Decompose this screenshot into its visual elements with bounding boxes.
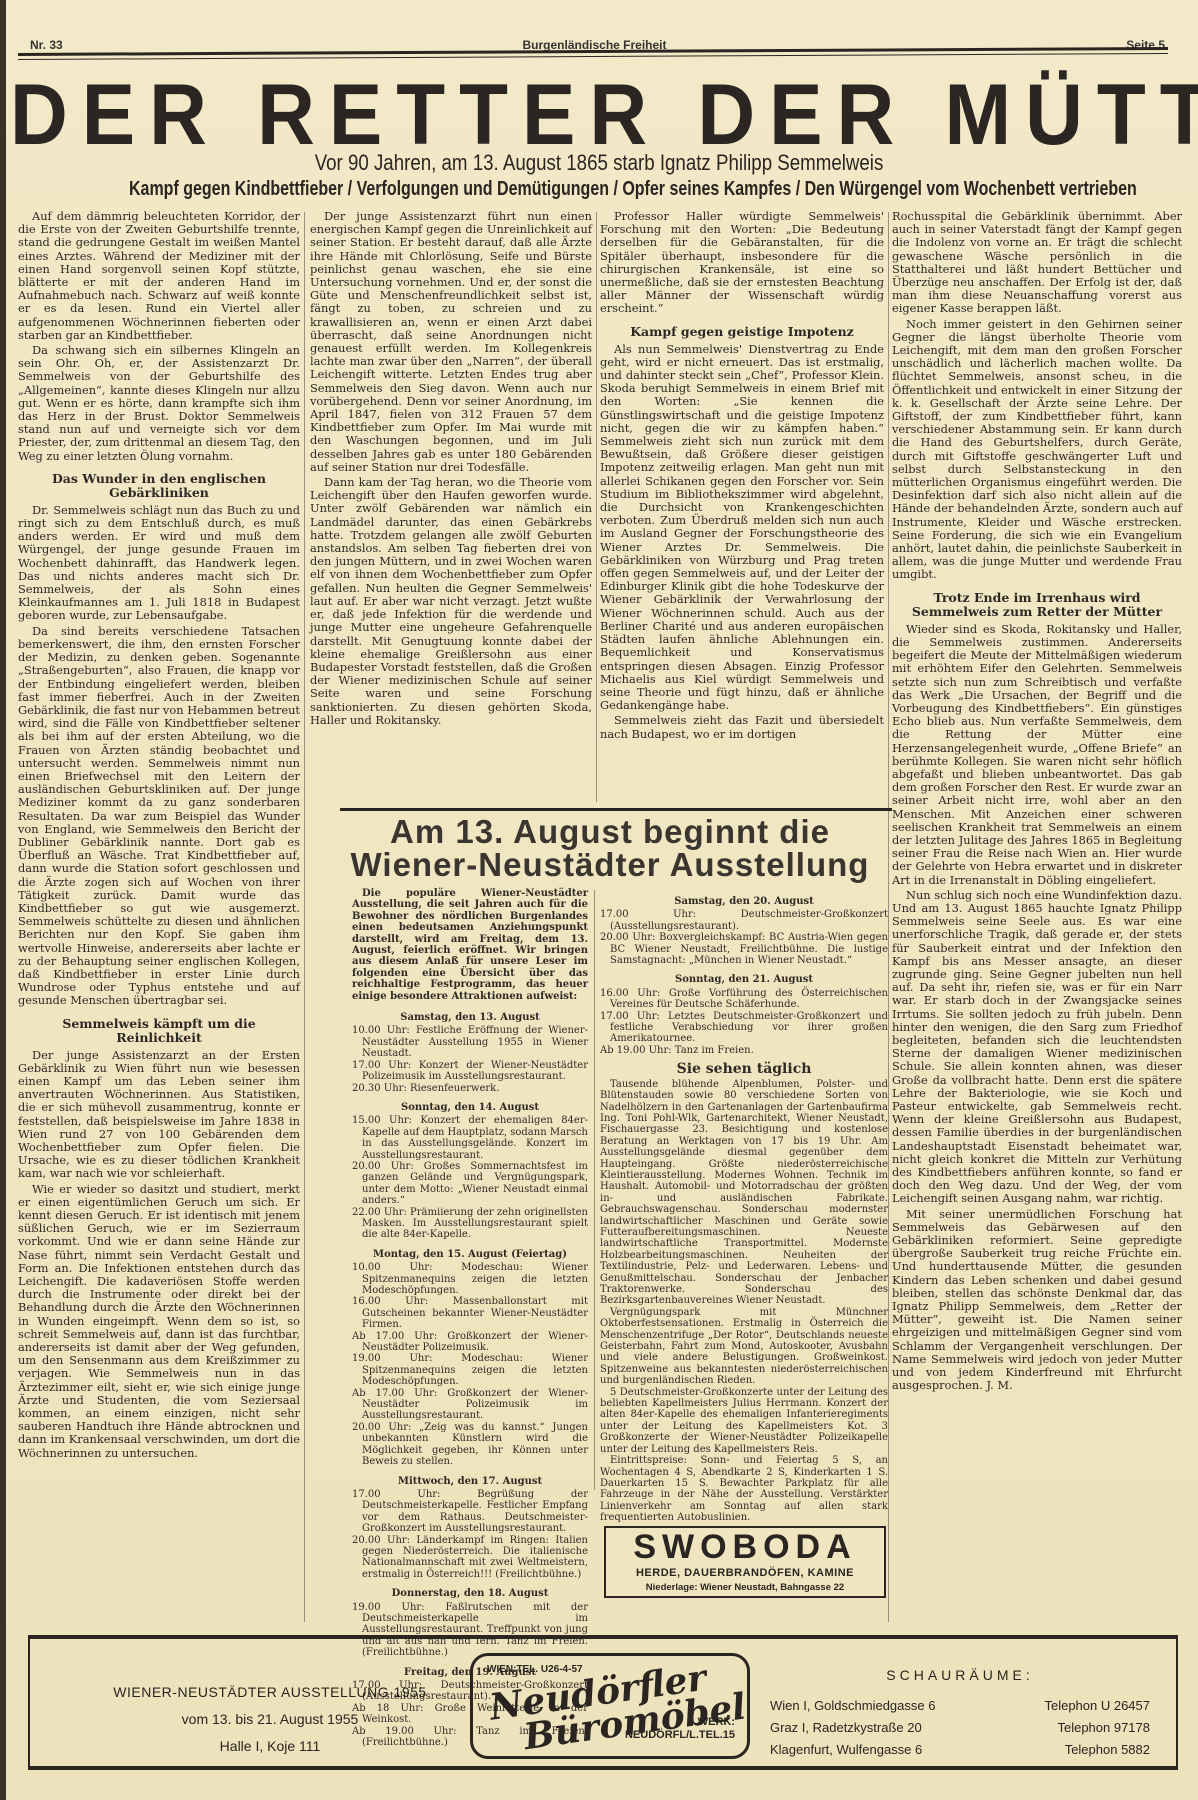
program-column-left: Die populäre Wiener-Neustädter Ausstellu… (352, 888, 588, 1748)
logo-factory: WERK: NEUDÖRFL/L.TEL.15 (625, 1716, 735, 1742)
article-paragraph: Der junge Assistenzarzt an der Ersten Ge… (18, 1049, 300, 1181)
showroom-phone: Telephon 97178 (1057, 1717, 1150, 1739)
program-day-heading: Samstag, den 13. August (352, 1012, 588, 1023)
program-event: 20.00 Uhr: Länderkampf im Ringen: Italie… (352, 1535, 588, 1581)
swoboda-address: Niederlage: Wiener Neustadt, Bahngasse 2… (606, 1582, 884, 1593)
article-paragraph: Da sind bereits verschiedene Tatsachen b… (18, 625, 300, 1008)
article-paragraph: Als nun Semmelweis' Dienstvertrag zu End… (600, 343, 884, 713)
article-paragraph: Auf dem dämmrig beleuchteten Korridor, d… (18, 210, 300, 342)
showroom-place: Wien I, Goldschmiedgasse 6 (770, 1695, 935, 1717)
showroom-row: Klagenfurt, Wulfengasse 6 Telephon 5882 (770, 1739, 1150, 1761)
program-day-heading: Donnerstag, den 18. August (352, 1588, 588, 1599)
ausstellung-headline-line2: Wiener-Neustädter Ausstellung (330, 848, 890, 881)
article-subheading: Semmelweis kämpft um die Reinlichkeit (18, 1017, 300, 1045)
program-event: 17.00 Uhr: Konzert der Wiener-Neustädter… (352, 1060, 588, 1083)
program-event: 20.30 Uhr: Riesenfeuerwerk. (352, 1083, 588, 1094)
program-event: Ab 17.00 Uhr: Großkonzert der Wiener-Neu… (352, 1388, 588, 1422)
article-subheading: Trotz Ende im Irrenhaus wird Semmelweis … (892, 591, 1182, 619)
article-column-1: Auf dem dämmrig beleuchteten Korridor, d… (18, 210, 300, 1462)
column-rule (594, 890, 595, 1490)
program-day-heading: Montag, den 15. August (Feiertag) (352, 1249, 588, 1260)
buromoebel-advertisement: WIENER-NEUSTÄDTER AUSSTELLUNG 1955 vom 1… (28, 1635, 1178, 1770)
article-paragraph: Noch immer geistert in den Gehirnen sein… (892, 318, 1182, 582)
program-day-heading: Sonntag, den 21. August (600, 974, 888, 985)
ad-exhibition-info: WIENER-NEUSTÄDTER AUSSTELLUNG 1955 vom 1… (70, 1679, 470, 1760)
program-event: 17.00 Uhr: Letztes Deutschmeister-Großko… (600, 1011, 888, 1045)
swoboda-advertisement: SWOBODA HERDE, DAUERBRANDÖFEN, KAMINE Ni… (604, 1526, 886, 1598)
article-column-2: Der junge Assistenzarzt führt nun einen … (310, 210, 592, 729)
section-rule (340, 808, 892, 811)
swoboda-name: SWOBODA (606, 1530, 884, 1564)
kicker-line: Kampf gegen Kindbettfieber / Verfolgunge… (129, 178, 1065, 201)
article-paragraph: Professor Haller würdigte Semmelweis' Fo… (600, 210, 884, 316)
program-event: 20.00 Uhr: Großes Sommernachtsfest im ga… (352, 1161, 588, 1207)
ad-showrooms: SCHAURÄUME: Wien I, Goldschmiedgasse 6 T… (770, 1667, 1150, 1761)
program-event: Ab 17.00 Uhr: Großkonzert der Wiener-Neu… (352, 1331, 588, 1354)
program-event: 15.00 Uhr: Konzert der ehemaligen 84er-K… (352, 1115, 588, 1161)
program-event: 17.00 Uhr: Begrüßung der Deutschmeisterk… (352, 1489, 588, 1535)
article-paragraph: Semmelweis zieht das Fazit und übersiede… (600, 714, 884, 740)
article-subheading: Kampf gegen geistige Impotenz (600, 325, 884, 339)
program-event: Ab 19.00 Uhr: Tanz im Freien. (600, 1045, 888, 1056)
program-intro: Die populäre Wiener-Neustädter Ausstellu… (352, 888, 588, 1002)
article-subheading: Das Wunder in den englischen Gebärklinik… (18, 472, 300, 500)
showroom-row: Wien I, Goldschmiedgasse 6 Telephon U 26… (770, 1695, 1150, 1717)
article-paragraph: Nun schlug sich noch eine Wundinfektion … (892, 889, 1182, 1206)
showroom-place: Klagenfurt, Wulfengasse 6 (770, 1739, 922, 1761)
ad-exhibition-title: WIENER-NEUSTÄDTER AUSSTELLUNG 1955 (70, 1679, 470, 1706)
program-event: 10.00 Uhr: Festliche Eröffnung der Wiene… (352, 1025, 588, 1059)
program-days-right: Samstag, den 20. August17.00 Uhr: Deutsc… (600, 896, 888, 1056)
daily-paragraph: Vergnügungspark mit Münchner Oktoberfest… (600, 1307, 888, 1387)
article-paragraph: Rochusspital die Gebärklinik übernimmt. … (892, 210, 1182, 316)
article-paragraph: Wieder sind es Skoda, Rokitansky und Hal… (892, 623, 1182, 887)
daily-paragraph: Tausende blühende Alpenblumen, Polster- … (600, 1079, 888, 1307)
column-rule (596, 212, 597, 802)
article-column-3: Professor Haller würdigte Semmelweis' Fo… (600, 210, 884, 743)
article-paragraph: Der junge Assistenzarzt führt nun einen … (310, 210, 592, 474)
logo-telephone: WIEN:TEL. U26-4-57 (487, 1664, 583, 1675)
showrooms-heading: SCHAURÄUME: (770, 1667, 1150, 1683)
ausstellung-headline: Am 13. August beginnt die Wiener-Neustäd… (330, 815, 890, 881)
column-rule (888, 212, 889, 1622)
issue-number: Nr. 33 (30, 38, 63, 52)
program-event: 22.00 Uhr: Prämiierung der zehn originel… (352, 1207, 588, 1241)
showroom-row: Graz I, Radetzkystraße 20 Telephon 97178 (770, 1717, 1150, 1739)
logo-factory-label: WERK: (625, 1716, 735, 1729)
daily-paragraph: Eintrittspreise: Sonn- und Feiertag 5 S,… (600, 1455, 888, 1523)
article-paragraph: Da schwang sich ein silbernes Klingeln a… (18, 344, 300, 463)
program-event: 20.00 Uhr: Boxvergleichskampf: BC Austri… (600, 932, 888, 966)
daily-attractions: Tausende blühende Alpenblumen, Polster- … (600, 1079, 888, 1524)
program-day-heading: Sonntag, den 14. August (352, 1102, 588, 1113)
article-paragraph: Wie er wieder so dasitzt und studiert, m… (18, 1183, 300, 1460)
program-event: 16.00 Uhr: Große Vorführung des Österrei… (600, 988, 888, 1011)
program-event: 16.00 Uhr: Massenballonstart mit Gutsche… (352, 1296, 588, 1330)
newspaper-page: Nr. 33 Burgenländische Freiheit Seite 5 … (0, 0, 1198, 1800)
article-column-4: Rochusspital die Gebärklinik übernimmt. … (892, 210, 1182, 1394)
subheadline: Vor 90 Jahren, am 13. August 1865 starb … (90, 150, 1108, 176)
logo-factory-tel: NEUDÖRFL/L.TEL.15 (625, 1729, 735, 1742)
program-event: 10.00 Uhr: Modeschau: Wiener Spitzenmane… (352, 1262, 588, 1296)
showroom-phone: Telephon U 26457 (1044, 1695, 1150, 1717)
program-day-heading: Mittwoch, den 17. August (352, 1476, 588, 1487)
showroom-phone: Telephon 5882 (1065, 1739, 1150, 1761)
program-day-heading: Samstag, den 20. August (600, 896, 888, 907)
daily-paragraph: 5 Deutschmeister-Großkonzerte unter der … (600, 1387, 888, 1455)
ausstellung-headline-line1: Am 13. August beginnt die (330, 815, 890, 848)
column-rule (304, 212, 305, 1622)
page-edge (0, 0, 6, 1800)
article-paragraph: Mit seiner unermüdlichen Forschung hat S… (892, 1208, 1182, 1393)
neudoerfler-logo: WIEN:TEL. U26-4-57 Neudörfler Büromöbel … (470, 1653, 750, 1759)
article-paragraph: Dann kam der Tag heran, wo die Theorie v… (310, 476, 592, 727)
showroom-place: Graz I, Radetzkystraße 20 (770, 1717, 922, 1739)
program-column-right: Samstag, den 20. August17.00 Uhr: Deutsc… (600, 888, 888, 1524)
article-paragraph: Dr. Semmelweis schlägt nun das Buch zu u… (18, 504, 300, 623)
daily-title: Sie sehen täglich (600, 1064, 888, 1075)
program-event: 17.00 Uhr: Deutschmeister-Großkonzert (A… (600, 909, 888, 932)
program-event: 20.00 Uhr: „Zeig was du kannst.“ Jungen … (352, 1422, 588, 1468)
swoboda-products: HERDE, DAUERBRANDÖFEN, KAMINE (606, 1567, 884, 1579)
ad-exhibition-booth: Halle I, Koje 111 (70, 1733, 470, 1760)
program-event: 19.00 Uhr: Modeschau: Wiener Spitzenmane… (352, 1353, 588, 1387)
ad-exhibition-dates: vom 13. bis 21. August 1955 (70, 1706, 470, 1733)
